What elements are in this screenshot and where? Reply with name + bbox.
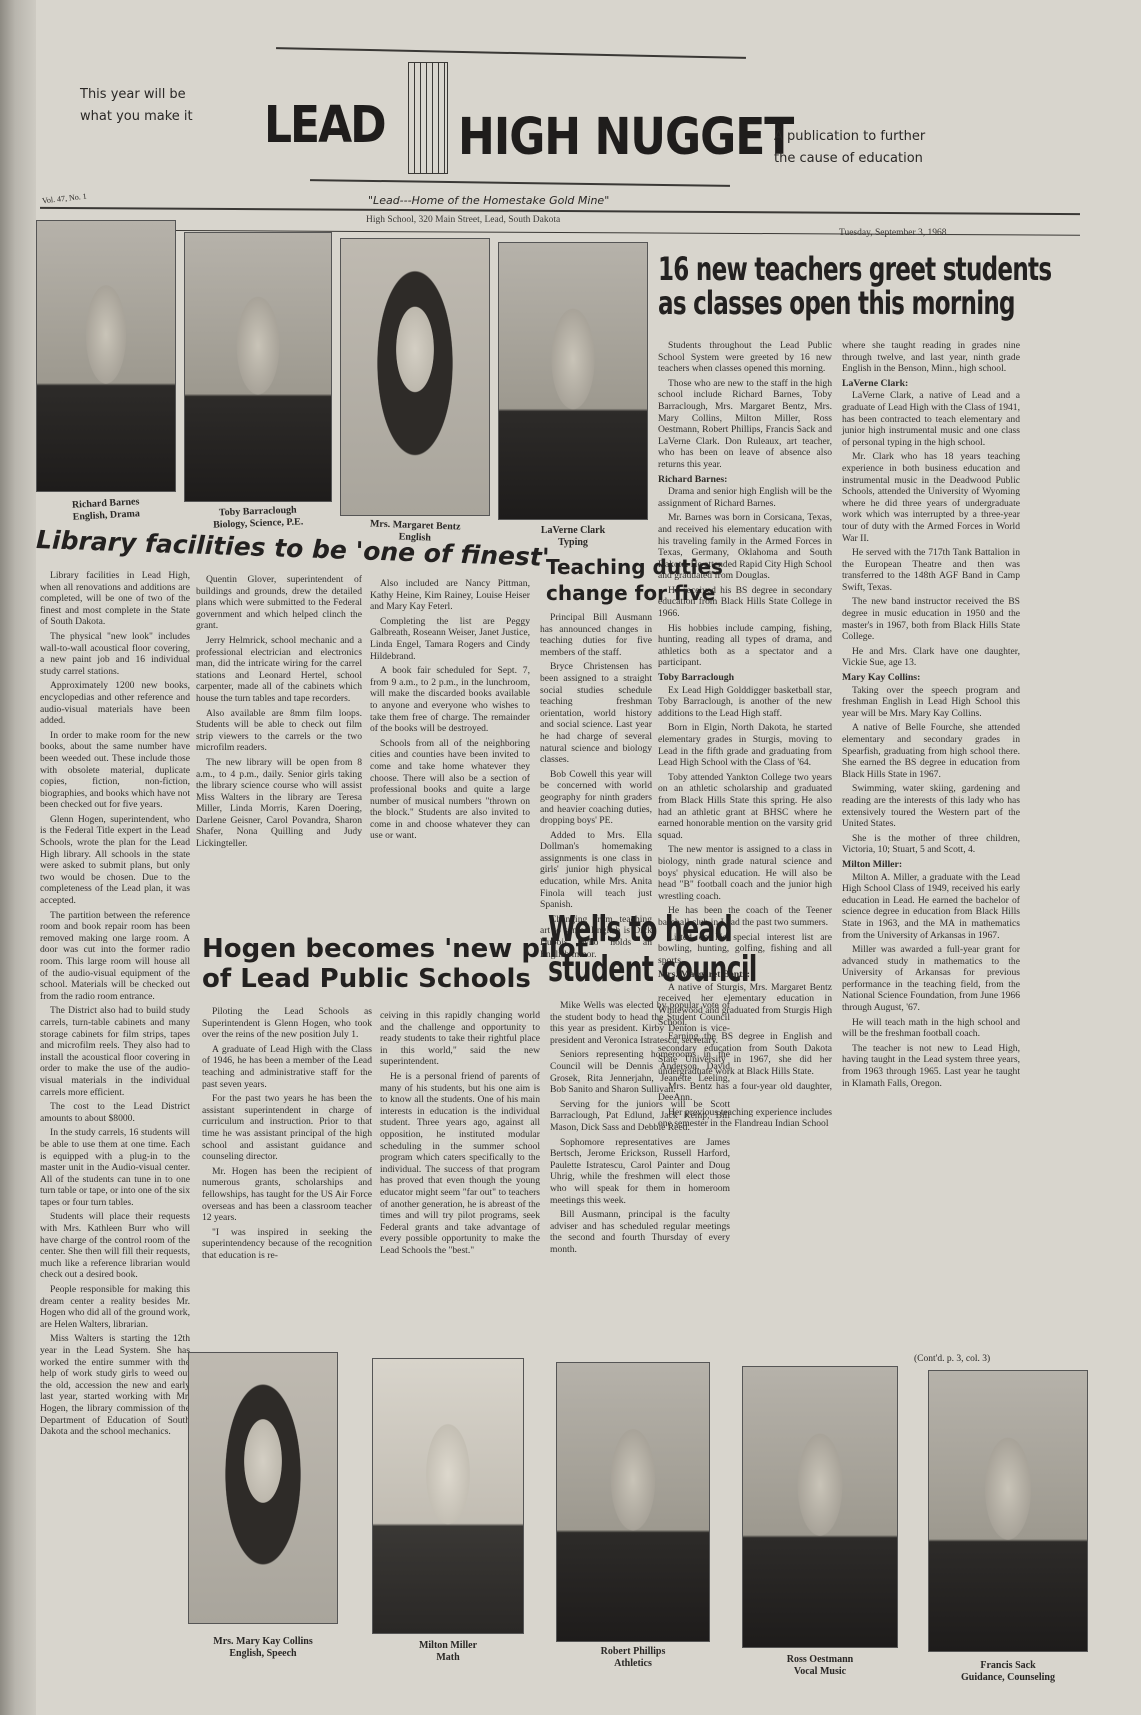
photo-mary-kay-collins bbox=[188, 1352, 338, 1624]
library-column-2: Quentin Glover, superintendent of buildi… bbox=[196, 574, 362, 853]
headline-new-teachers: 16 new teachers greet students as classe… bbox=[658, 252, 1051, 320]
dateline-rule-top bbox=[40, 207, 1080, 215]
photo-margaret-bentz bbox=[340, 238, 490, 516]
masthead-rule-bottom bbox=[310, 179, 730, 187]
motto-right: A publication to further the cause of ed… bbox=[774, 126, 925, 170]
caption-mary-kay-collins: Mrs. Mary Kay Collins English, Speech bbox=[188, 1636, 338, 1660]
motto-right-line1: A publication to further bbox=[774, 126, 925, 148]
photo-ross-oestmann bbox=[742, 1366, 898, 1648]
masthead-rule-top bbox=[276, 47, 746, 59]
caption-francis-sack: Francis Sack Guidance, Counseling bbox=[928, 1660, 1088, 1684]
motto-right-line2: the cause of education bbox=[774, 148, 925, 170]
mine-building-icon bbox=[408, 62, 448, 174]
subhead-laverne-clark: LaVerne Clark: bbox=[842, 378, 1020, 390]
photo-milton-miller bbox=[372, 1358, 524, 1634]
subhead-mary-kay-collins: Mary Kay Collins: bbox=[842, 672, 1020, 684]
motto-left-line2: what you make it bbox=[80, 106, 193, 128]
photo-robert-phillips bbox=[556, 1362, 710, 1642]
photo-toby-barraclough bbox=[184, 232, 332, 502]
wells-body: Mike Wells was elected by popular vote o… bbox=[550, 1000, 730, 1258]
address: High School, 320 Main Street, Lead, Sout… bbox=[366, 215, 560, 225]
teachers-column-2: where she taught reading in grades nine … bbox=[842, 340, 1020, 1092]
title-high-nugget: HIGH NUGGET bbox=[458, 108, 793, 167]
caption-milton-miller: Milton Miller Math bbox=[372, 1640, 524, 1664]
caption-toby-barraclough: Toby Barraclough Biology, Science, P.E. bbox=[184, 503, 333, 532]
headline-hogen: Hogen becomes 'new pilot' of Lead Public… bbox=[202, 934, 596, 994]
subhead-toby-barraclough: Toby Barraclough bbox=[658, 672, 832, 684]
caption-richard-barnes: Richard Barnes English, Drama bbox=[35, 494, 176, 525]
continued-note: (Cont'd. p. 3, col. 3) bbox=[914, 1354, 990, 1364]
newspaper-page: This year will be what you make it LEAD … bbox=[36, 0, 1141, 1715]
library-column-3: Also included are Nancy Pittman, Kathy H… bbox=[370, 578, 530, 845]
volume-number: Vol. 47, No. 1 bbox=[42, 192, 87, 206]
headline-wells: Wells to head student council bbox=[548, 910, 757, 990]
library-column-1: Library facilities in Lead High, when al… bbox=[40, 570, 190, 1441]
photo-laverne-clark bbox=[498, 242, 648, 520]
subhead-milton-miller: Milton Miller: bbox=[842, 859, 1020, 871]
title-lead: LEAD bbox=[264, 96, 385, 155]
binding-spine bbox=[0, 0, 40, 1715]
photo-richard-barnes bbox=[36, 220, 176, 492]
caption-robert-phillips: Robert Phillips Athletics bbox=[556, 1646, 710, 1670]
hogen-column-1: Piloting the Lead Schools as Superintend… bbox=[202, 1006, 372, 1264]
caption-ross-oestmann: Ross Oestmann Vocal Music bbox=[742, 1654, 898, 1678]
subhead-richard-barnes: Richard Barnes: bbox=[658, 474, 832, 486]
hogen-column-2: ceiving in this rapidly changing world a… bbox=[380, 1010, 540, 1259]
photo-francis-sack bbox=[928, 1370, 1088, 1652]
motto-left-line1: This year will be bbox=[80, 84, 193, 106]
motto-left: This year will be what you make it bbox=[80, 84, 193, 128]
headline-teaching-duties: Teaching duties change for five bbox=[546, 554, 723, 606]
tagline: "Lead---Home of the Homestake Gold Mine" bbox=[368, 194, 609, 207]
